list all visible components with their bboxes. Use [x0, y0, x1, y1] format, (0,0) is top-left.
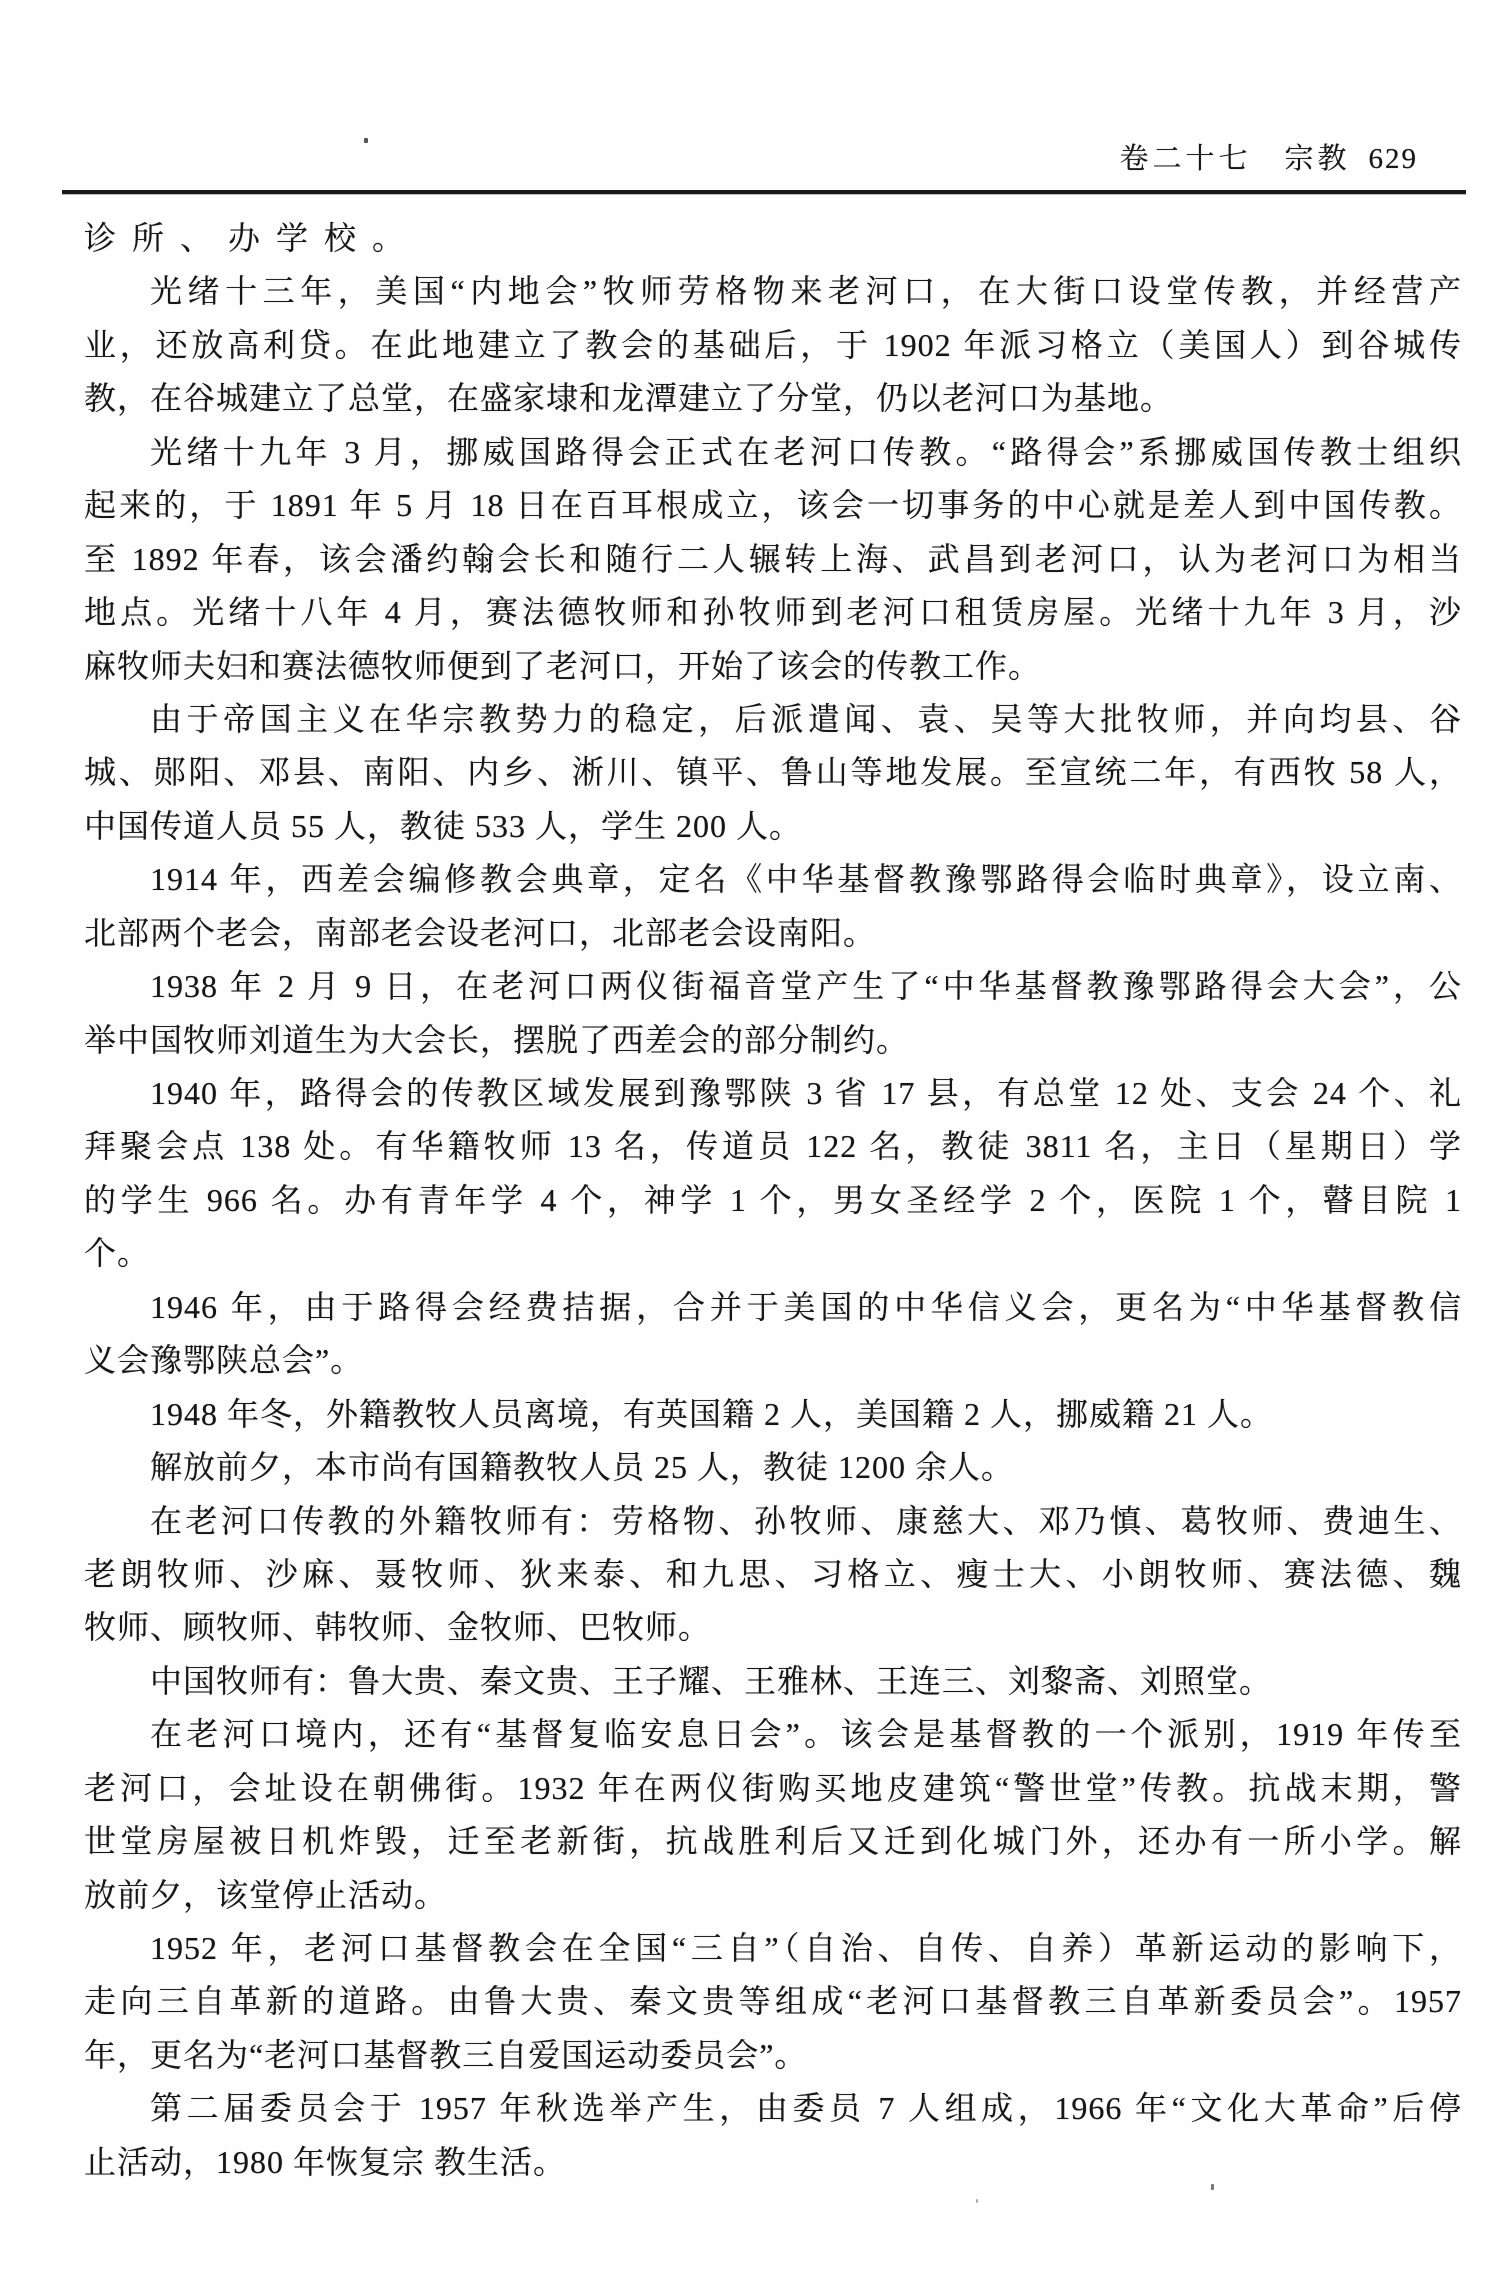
- text-line: 诊所、办学校。: [84, 212, 1462, 265]
- text-line: 中国牧师有：鲁大贵、秦文贵、王子耀、王雅林、王连三、刘黎斋、刘照堂。: [84, 1655, 1462, 1708]
- text-line: 地点。光绪十八年 4 月，赛法德牧师和孙牧师到老河口租赁房屋。光绪十九年 3 月…: [84, 586, 1462, 639]
- text-line: 老朗牧师、沙麻、聂牧师、狄来泰、和九思、习格立、瘦士大、小朗牧师、赛法德、魏: [84, 1548, 1462, 1601]
- text-line: 义会豫鄂陕总会”。: [84, 1334, 1462, 1387]
- header-rule: [62, 190, 1466, 194]
- text-line: 起来的，于 1891 年 5 月 18 日在百耳根成立，该会一切事务的中心就是差…: [84, 479, 1462, 532]
- scan-speck: [1211, 2184, 1214, 2190]
- running-head-title: 卷二十七 宗教: [1119, 143, 1350, 175]
- text-line: 牧师、顾牧师、韩牧师、金牧师、巴牧师。: [84, 1601, 1462, 1654]
- text-line: 1938 年 2 月 9 日，在老河口两仪街福音堂产生了“中华基督教豫鄂路得会大…: [84, 960, 1462, 1013]
- text-line: 放前夕，该堂停止活动。: [84, 1869, 1462, 1922]
- text-line: 止活动，1980 年恢复宗 教生活。: [84, 2136, 1462, 2189]
- text-line: 光绪十九年 3 月，挪威国路得会正式在老河口传教。“路得会”系挪威国传教士组织: [84, 426, 1462, 479]
- text-line: 解放前夕，本市尚有国籍教牧人员 25 人，教徒 1200 余人。: [84, 1441, 1462, 1494]
- text-line: 个。: [84, 1227, 1462, 1280]
- text-line: 走向三自革新的道路。由鲁大贵、秦文贵等组成“老河口基督教三自革新委员会”。195…: [84, 1975, 1462, 2028]
- text-line: 1946 年，由于路得会经费拮据，合并于美国的中华信义会，更名为“中华基督教信: [84, 1281, 1462, 1334]
- text-line: 老河口，会址设在朝佛街。1932 年在两仪街购买地皮建筑“警世堂”传教。抗战末期…: [84, 1762, 1462, 1815]
- text-line: 第二届委员会于 1957 年秋选举产生，由委员 7 人组成，1966 年“文化大…: [84, 2082, 1462, 2135]
- text-line: 光绪十三年，美国“内地会”牧师劳格物来老河口，在大街口设堂传教，并经营产: [84, 265, 1462, 318]
- scan-speck: [364, 138, 368, 143]
- text-line: 年，更名为“老河口基督教三自爱国运动委员会”。: [84, 2029, 1462, 2082]
- text-line: 1940 年，路得会的传教区域发展到豫鄂陕 3 省 17 县，有总堂 12 处、…: [84, 1067, 1462, 1120]
- scanned-document-page: 卷二十七 宗教629 诊所、办学校。光绪十三年，美国“内地会”牧师劳格物来老河口…: [0, 0, 1500, 2293]
- text-line: 1914 年，西差会编修教会典章，定名《中华基督教豫鄂路得会临时典章》，设立南、: [84, 853, 1462, 906]
- text-line: 中国传道人员 55 人，教徒 533 人，学生 200 人。: [84, 800, 1462, 853]
- body-text: 诊所、办学校。光绪十三年，美国“内地会”牧师劳格物来老河口，在大街口设堂传教，并…: [84, 212, 1462, 2189]
- text-line: 由于帝国主义在华宗教势力的稳定，后派遣闻、袁、吴等大批牧师，并向均县、谷: [84, 693, 1462, 746]
- text-line: 教，在谷城建立了总堂，在盛家埭和龙潭建立了分堂，仍以老河口为基地。: [84, 372, 1462, 425]
- text-line: 北部两个老会，南部老会设老河口，北部老会设南阳。: [84, 907, 1462, 960]
- page-number: 629: [1369, 143, 1419, 175]
- text-line: 举中国牧师刘道生为大会长，摆脱了西差会的部分制约。: [84, 1014, 1462, 1067]
- text-line: 麻牧师夫妇和赛法德牧师便到了老河口，开始了该会的传教工作。: [84, 640, 1462, 693]
- text-line: 1952 年，老河口基督教会在全国“三自”（自治、自传、自养）革新运动的影响下，: [84, 1922, 1462, 1975]
- text-line: 业，还放高利贷。在此地建立了教会的基础后，于 1902 年派习格立（美国人）到谷…: [84, 319, 1462, 372]
- text-line: 拜聚会点 138 处。有华籍牧师 13 名，传道员 122 名，教徒 3811 …: [84, 1120, 1462, 1173]
- running-head: 卷二十七 宗教629: [1119, 136, 1418, 177]
- text-line: 在老河口传教的外籍牧师有：劳格物、孙牧师、康慈大、邓乃慎、葛牧师、费迪生、: [84, 1495, 1462, 1548]
- scan-speck: [976, 2199, 978, 2203]
- text-line: 世堂房屋被日机炸毁，迁至老新街，抗战胜利后又迁到化城门外，还办有一所小学。解: [84, 1815, 1462, 1868]
- text-line: 1948 年冬，外籍教牧人员离境，有英国籍 2 人，美国籍 2 人，挪威籍 21…: [84, 1388, 1462, 1441]
- text-line: 城、郧阳、邓县、南阳、内乡、淅川、镇平、鲁山等地发展。至宣统二年，有西牧 58 …: [84, 746, 1462, 799]
- text-line: 的学生 966 名。办有青年学 4 个，神学 1 个，男女圣经学 2 个，医院 …: [84, 1174, 1462, 1227]
- text-line: 在老河口境内，还有“基督复临安息日会”。该会是基督教的一个派别，1919 年传至: [84, 1708, 1462, 1761]
- text-line: 至 1892 年春，该会潘约翰会长和随行二人辗转上海、武昌到老河口，认为老河口为…: [84, 533, 1462, 586]
